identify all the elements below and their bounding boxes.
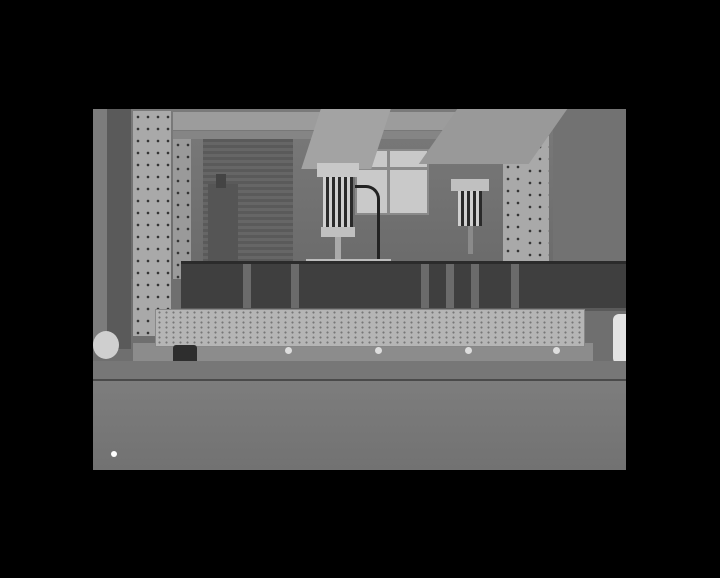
reaction-frame-column-inner (173, 139, 191, 279)
concrete-slab-specimen (155, 309, 585, 347)
hydraulic-actuator-left (323, 177, 353, 229)
left-panel (93, 109, 107, 349)
lab-photograph (93, 109, 626, 470)
displacement-gauge (553, 347, 560, 354)
reaction-frame-column-right-inner (503, 149, 525, 269)
test-bed-edge (93, 361, 626, 381)
reaction-frame-column-left (133, 111, 171, 336)
floor-test-bed (93, 381, 626, 470)
wrapped-object-right (613, 314, 626, 364)
hydraulic-actuator-right (458, 191, 482, 226)
displacement-gauge (465, 347, 472, 354)
actuator-right-rod (468, 226, 473, 254)
wrapped-object-left (93, 331, 119, 359)
displacement-gauge (285, 347, 292, 354)
film-speck (111, 451, 117, 457)
steel-spreader-beam (181, 261, 626, 311)
actuator-left-mount (317, 163, 359, 177)
displacement-gauge (375, 347, 382, 354)
actuator-left-base (321, 227, 355, 237)
actuator-right-mount (451, 179, 489, 191)
right-wall (553, 109, 626, 269)
